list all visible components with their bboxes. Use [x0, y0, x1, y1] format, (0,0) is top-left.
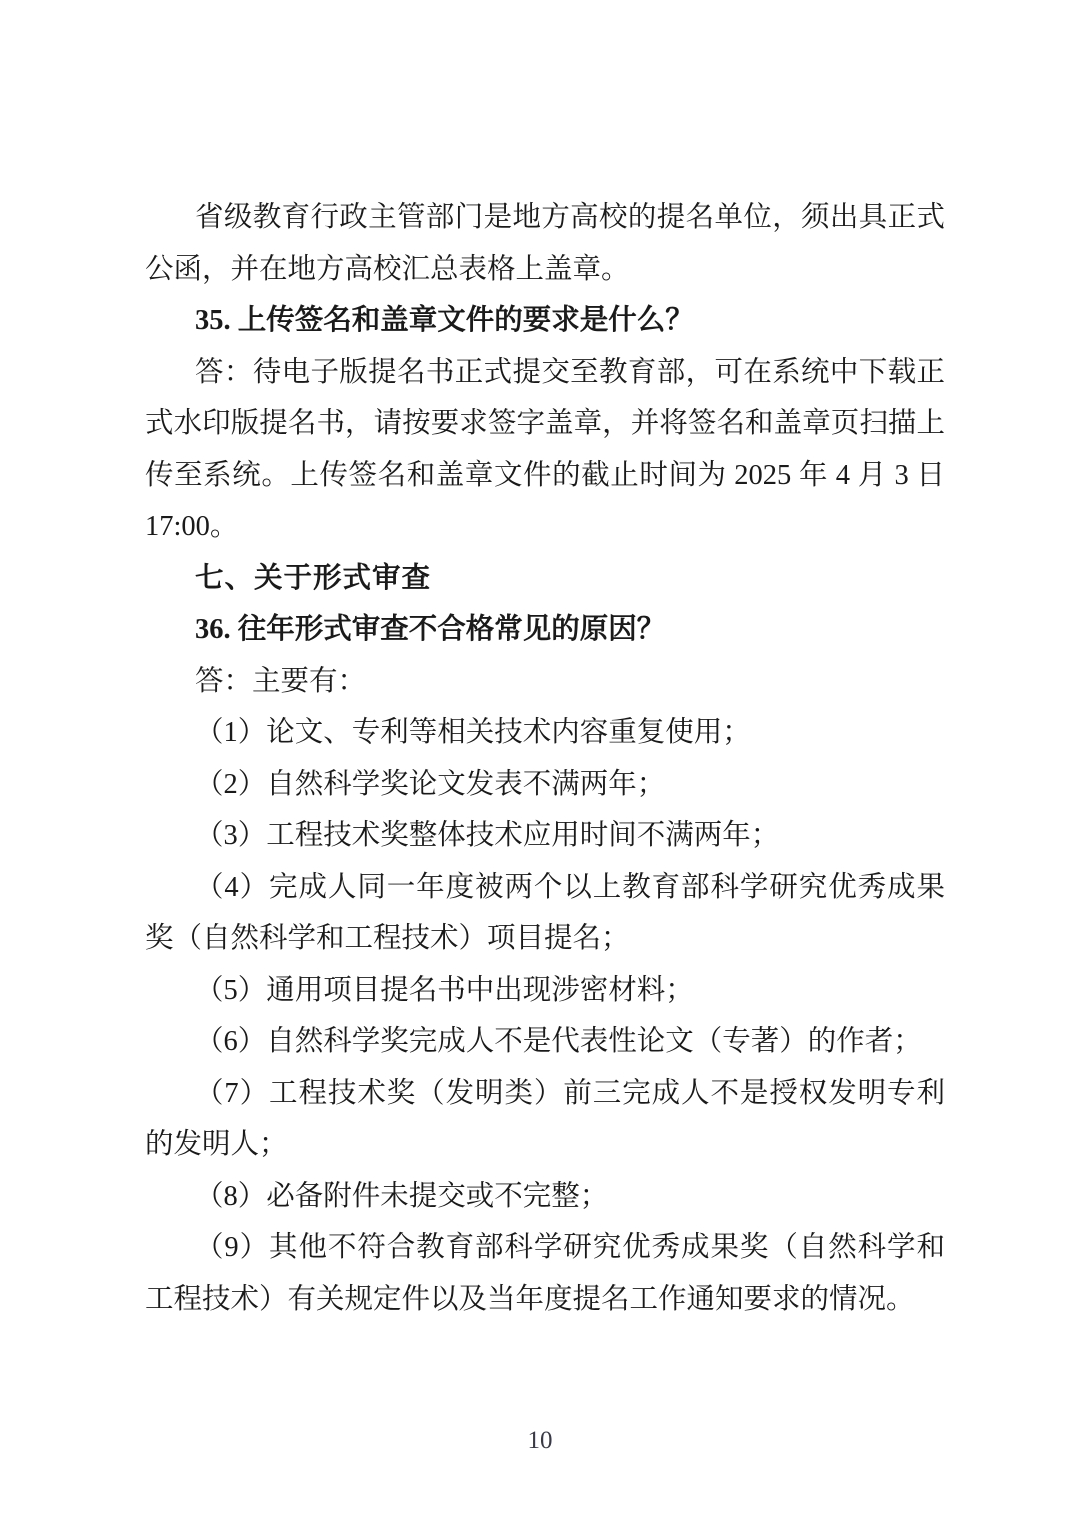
- answer-36-lead: 答：主要有：: [145, 656, 945, 708]
- page-footer: 10: [0, 1424, 1080, 1458]
- paragraph-provincial-note: 省级教育行政主管部门是地方高校的提名单位，须出具正式公函，并在地方高校汇总表格上…: [145, 192, 945, 295]
- answer-35-paragraph: 答：待电子版提名书正式提交至教育部，可在系统中下载正式水印版提名书，请按要求签字…: [145, 347, 945, 553]
- reason-item-7: （7）工程技术奖（发明类）前三完成人不是授权发明专利的发明人；: [145, 1068, 945, 1171]
- document-body: 省级教育行政主管部门是地方高校的提名单位，须出具正式公函，并在地方高校汇总表格上…: [145, 192, 945, 1325]
- reason-item-3: （3）工程技术奖整体技术应用时间不满两年；: [145, 810, 945, 862]
- question-36-heading: 36. 往年形式审查不合格常见的原因？: [145, 604, 945, 656]
- reason-item-2: （2）自然科学奖论文发表不满两年；: [145, 759, 945, 811]
- page-number: 10: [528, 1427, 553, 1454]
- reason-item-4: （4）完成人同一年度被两个以上教育部科学研究优秀成果奖（自然科学和工程技术）项目…: [145, 862, 945, 965]
- reason-item-1: （1）论文、专利等相关技术内容重复使用；: [145, 707, 945, 759]
- reason-item-5: （5）通用项目提名书中出现涉密材料；: [145, 965, 945, 1017]
- section-heading-7: 七、关于形式审查: [145, 553, 945, 605]
- reason-item-6: （6）自然科学奖完成人不是代表性论文（专著）的作者；: [145, 1016, 945, 1068]
- document-page: 省级教育行政主管部门是地方高校的提名单位，须出具正式公函，并在地方高校汇总表格上…: [0, 0, 1080, 1528]
- reason-item-9: （9）其他不符合教育部科学研究优秀成果奖（自然科学和工程技术）有关规定件以及当年…: [145, 1222, 945, 1325]
- question-35-heading: 35. 上传签名和盖章文件的要求是什么？: [145, 295, 945, 347]
- reason-item-8: （8）必备附件未提交或不完整；: [145, 1171, 945, 1223]
